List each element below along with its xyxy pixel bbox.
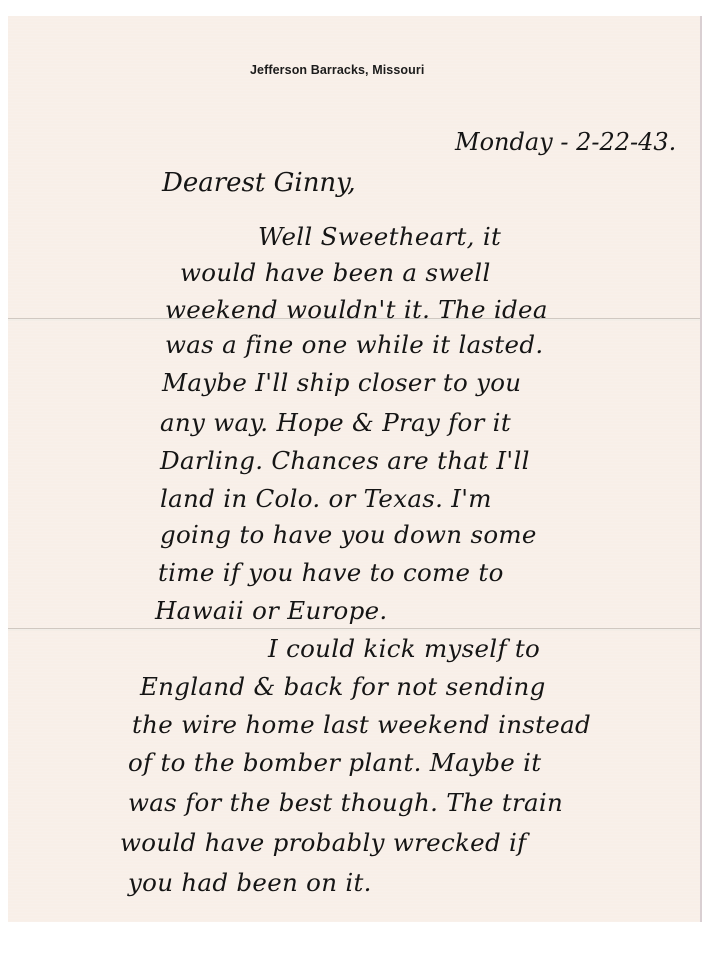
body-line: going to have you down some [160, 520, 537, 549]
body-line: Hawaii or Europe. [155, 596, 387, 625]
fold-line-lower [8, 628, 700, 631]
body-line: of to the bomber plant. Maybe it [128, 748, 541, 777]
letter-date: Monday - 2-22-43. [455, 128, 676, 156]
body-line: land in Colo. or Texas. I'm [160, 484, 492, 513]
letterhead: Jefferson Barracks, Missouri [250, 63, 424, 77]
body-line: England & back for not sending [140, 672, 546, 701]
body-line: any way. Hope & Pray for it [160, 408, 511, 437]
body-line: was a fine one while it lasted. [165, 330, 543, 359]
body-line: you had been on it. [128, 868, 372, 897]
body-line: I could kick myself to [268, 634, 540, 663]
salutation: Dearest Ginny, [162, 168, 356, 198]
body-line: would have been a swell [180, 258, 491, 287]
body-line: the wire home last weekend instead [132, 710, 591, 739]
body-line: was for the best though. The train [128, 788, 563, 817]
body-line: Maybe I'll ship closer to you [162, 368, 521, 397]
body-line: weekend wouldn't it. The idea [165, 295, 548, 324]
body-line: Darling. Chances are that I'll [160, 446, 530, 475]
body-line: would have probably wrecked if [120, 828, 527, 857]
body-line: Well Sweetheart, it [258, 222, 501, 251]
body-line: time if you have to come to [158, 558, 504, 587]
